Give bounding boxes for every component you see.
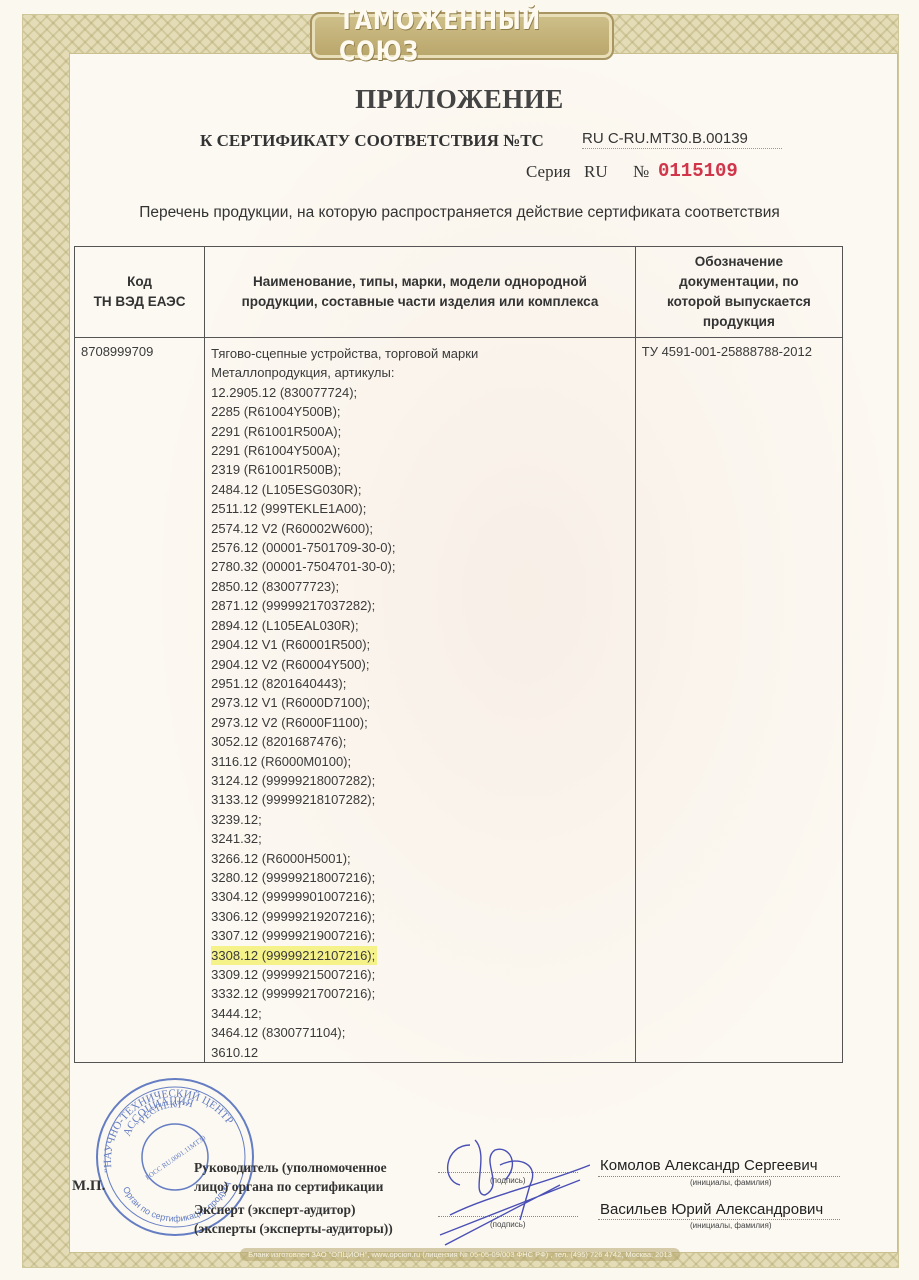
article-item: 3306.12 (99999219207216); xyxy=(211,909,375,924)
article-item: 3133.12 (99999218107282); xyxy=(211,792,375,807)
header-doc: Обозначение документации, по которой вып… xyxy=(635,247,842,338)
certificate-label: К СЕРТИФИКАТУ СООТВЕТСТВИЯ №ТС xyxy=(200,131,544,151)
list-item: 2894.12 (L105EAL030R); xyxy=(211,616,629,635)
series-value: RU xyxy=(584,162,608,182)
article-item: 3309.12 (99999215007216); xyxy=(211,967,375,982)
article-item: 2484.12 (L105ESG030R); xyxy=(211,482,361,497)
expert-name-caption: (инициалы, фамилия) xyxy=(690,1221,772,1230)
article-item: 2291 (R61004Y500A); xyxy=(211,443,340,458)
printer-imprint: Бланк изготовлен ЗАО "ОПЦИОН", www.opcio… xyxy=(240,1248,680,1261)
handwritten-signature-icon xyxy=(430,1125,590,1255)
head-label-line: лицо) органа по сертификации xyxy=(194,1177,387,1196)
page-title: ПРИЛОЖЕНИЕ xyxy=(0,84,919,115)
head-label: Руководитель (уполномоченное лицо) орган… xyxy=(194,1158,387,1196)
customs-union-banner: ТАМОЖЕННЫЙ СОЮЗ xyxy=(310,12,614,60)
list-item: 2574.12 V2 (R60002W600); xyxy=(211,519,629,538)
expert-name-line xyxy=(598,1219,840,1220)
article-item-highlighted: 3308.12 (99999212107216); xyxy=(211,946,377,965)
head-label-line: Руководитель (уполномоченное xyxy=(194,1158,387,1177)
list-item: 2850.12 (830077723); xyxy=(211,577,629,596)
article-item: 2285 (R61004Y500B); xyxy=(211,404,340,419)
cell-doc: ТУ 4591-001-25888788-2012 xyxy=(635,338,842,1063)
header-name: Наименование, типы, марки, модели одноро… xyxy=(205,247,636,338)
article-item: 3052.12 (8201687476); xyxy=(211,734,346,749)
list-item: 2511.12 (999TEKLE1A00); xyxy=(211,499,629,518)
subtitle: Перечень продукции, на которую распростр… xyxy=(0,204,919,222)
article-item: 3266.12 (R6000H5001); xyxy=(211,851,351,866)
list-item: 3306.12 (99999219207216); xyxy=(211,907,629,926)
list-item: 3304.12 (99999901007216); xyxy=(211,887,629,906)
list-item: 2871.12 (99999217037282); xyxy=(211,596,629,615)
list-item: 3309.12 (99999215007216); xyxy=(211,965,629,984)
list-item: 3124.12 (99999218007282); xyxy=(211,771,629,790)
header-name-line: Наименование, типы, марки, модели одноро… xyxy=(211,272,629,292)
article-item: 2973.12 V1 (R6000D7100); xyxy=(211,695,370,710)
certificate-number: RU C-RU.MT30.B.00139 xyxy=(582,130,782,149)
list-item: 3308.12 (99999212107216); xyxy=(211,946,629,965)
article-item: 3280.12 (99999218007216); xyxy=(211,870,375,885)
series-label: Серия xyxy=(526,162,571,182)
article-item: 2319 (R61001R500B); xyxy=(211,462,341,477)
list-item: 3444.12; xyxy=(211,1004,629,1023)
article-item: 2951.12 (8201640443); xyxy=(211,676,346,691)
list-item: 3116.12 (R6000M0100); xyxy=(211,752,629,771)
article-item: 3124.12 (99999218007282); xyxy=(211,773,375,788)
list-item: 2484.12 (L105ESG030R); xyxy=(211,480,629,499)
list-item: 2904.12 V1 (R60001R500); xyxy=(211,635,629,654)
list-item: 2319 (R61001R500B); xyxy=(211,460,629,479)
article-item: 3464.12 (8300771104); xyxy=(211,1025,345,1040)
table-header-row: Код ТН ВЭД ЕАЭС Наименование, типы, марк… xyxy=(75,247,843,338)
header-code-line: ТН ВЭД ЕАЭС xyxy=(81,292,198,312)
banner-text: ТАМОЖЕННЫЙ СОЮЗ xyxy=(339,5,585,67)
article-item: 2780.32 (00001-7504701-30-0); xyxy=(211,559,395,574)
article-item: 2894.12 (L105EAL030R); xyxy=(211,618,358,633)
head-name-line xyxy=(598,1176,840,1177)
list-item: 2291 (R61004Y500A); xyxy=(211,441,629,460)
list-item: 3332.12 (99999217007216); xyxy=(211,984,629,1003)
article-item: 2850.12 (830077723); xyxy=(211,579,339,594)
article-item: 3610.12 xyxy=(211,1045,258,1060)
product-intro: Металлопродукция, артикулы: xyxy=(211,363,629,382)
cell-code: 8708999709 xyxy=(75,338,205,1063)
article-item: 2904.12 V2 (R60004Y500); xyxy=(211,657,369,672)
list-item: 3241.32; xyxy=(211,829,629,848)
list-item: 2951.12 (8201640443); xyxy=(211,674,629,693)
seal-place-label: М.П. xyxy=(72,1178,105,1195)
head-name-caption: (инициалы, фамилия) xyxy=(690,1178,772,1187)
article-item: 2291 (R61001R500A); xyxy=(211,424,341,439)
list-item: 2973.12 V1 (R6000D7100); xyxy=(211,693,629,712)
header-doc-line: продукция xyxy=(642,312,836,332)
article-item: 2511.12 (999TEKLE1A00); xyxy=(211,501,366,516)
serial-number: 0115109 xyxy=(658,160,738,182)
list-item: 2904.12 V2 (R60004Y500); xyxy=(211,655,629,674)
header-code-line: Код xyxy=(81,272,198,292)
list-item: 2973.12 V2 (R6000F1100); xyxy=(211,713,629,732)
article-item: 3239.12; xyxy=(211,812,262,827)
list-item: 3239.12; xyxy=(211,810,629,829)
article-item: 3332.12 (99999217007216); xyxy=(211,986,375,1001)
list-item: 3133.12 (99999218107282); xyxy=(211,790,629,809)
article-item: 3116.12 (R6000M0100); xyxy=(211,754,351,769)
article-item: 2574.12 V2 (R60002W600); xyxy=(211,521,373,536)
article-list: 12.2905.12 (830077724);2285 (R61004Y500B… xyxy=(211,383,629,1062)
header-code: Код ТН ВЭД ЕАЭС xyxy=(75,247,205,338)
list-item: 3266.12 (R6000H5001); xyxy=(211,849,629,868)
list-item: 12.2905.12 (830077724); xyxy=(211,383,629,402)
header-name-line: продукции, составные части изделия или к… xyxy=(211,292,629,312)
header-doc-line: Обозначение xyxy=(642,252,836,272)
article-item: 12.2905.12 (830077724); xyxy=(211,385,357,400)
list-item: 2285 (R61004Y500B); xyxy=(211,402,629,421)
list-item: 3280.12 (99999218007216); xyxy=(211,868,629,887)
article-item: 3444.12; xyxy=(211,1006,262,1021)
list-item: 2576.12 (00001-7501709-30-0); xyxy=(211,538,629,557)
expert-name: Васильев Юрий Александрович xyxy=(600,1201,823,1218)
cell-products: Тягово-сцепные устройства, торговой марк… xyxy=(205,338,636,1063)
head-name: Комолов Александр Сергеевич xyxy=(600,1157,818,1174)
expert-label-line: (эксперты (эксперты-аудиторы)) xyxy=(194,1219,393,1238)
list-item: 3610.12 xyxy=(211,1043,629,1062)
list-item: 3307.12 (99999219007216); xyxy=(211,926,629,945)
products-table: Код ТН ВЭД ЕАЭС Наименование, типы, марк… xyxy=(74,246,843,1063)
header-doc-line: которой выпускается xyxy=(642,292,836,312)
expert-label: Эксперт (эксперт-аудитор) (эксперты (экс… xyxy=(194,1200,393,1238)
article-item: 3307.12 (99999219007216); xyxy=(211,928,375,943)
product-intro: Тягово-сцепные устройства, торговой марк… xyxy=(211,344,629,363)
article-item: 2871.12 (99999217037282); xyxy=(211,598,375,613)
expert-label-line: Эксперт (эксперт-аудитор) xyxy=(194,1200,393,1219)
list-item: 3464.12 (8300771104); xyxy=(211,1023,629,1042)
number-sign: № xyxy=(633,162,649,182)
table-row: 8708999709 Тягово-сцепные устройства, то… xyxy=(75,338,843,1063)
article-item: 2576.12 (00001-7501709-30-0); xyxy=(211,540,395,555)
article-item: 2973.12 V2 (R6000F1100); xyxy=(211,715,368,730)
header-doc-line: документации, по xyxy=(642,272,836,292)
list-item: 2291 (R61001R500A); xyxy=(211,422,629,441)
article-item: 2904.12 V1 (R60001R500); xyxy=(211,637,370,652)
list-item: 3052.12 (8201687476); xyxy=(211,732,629,751)
article-item: 3304.12 (99999901007216); xyxy=(211,889,375,904)
list-item: 2780.32 (00001-7504701-30-0); xyxy=(211,557,629,576)
article-item: 3241.32; xyxy=(211,831,262,846)
